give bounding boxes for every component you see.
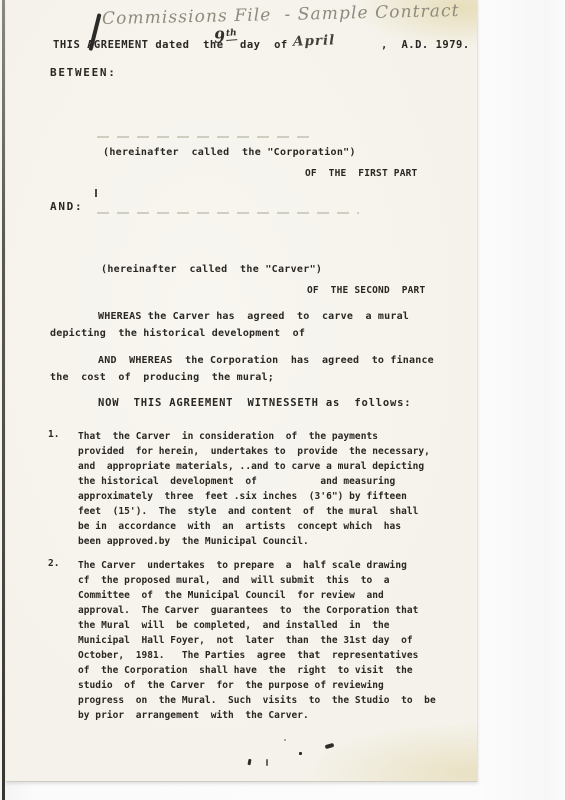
- clause-line: That the Carver in consideration of the …: [78, 429, 430, 444]
- recital-carver-line2: depicting the historical development of: [50, 328, 305, 339]
- agreement-date-suffix: , A.D. 1979.: [381, 39, 470, 51]
- clause-line: approval. The Carver guarantees to the C…: [78, 603, 436, 618]
- clause-1-number: 1.: [48, 429, 60, 440]
- clause-line: October, 1981. The Parties agree that re…: [78, 648, 436, 663]
- scan-edge-line: [2, 0, 5, 800]
- corporation-clause: (hereinafter called the "Corporation"): [103, 147, 356, 158]
- witnesseth-line: NOW THIS AGREEMENT WITNESSETH as follows…: [98, 397, 411, 409]
- clause-line: be in accordance with an artists concept…: [78, 519, 430, 534]
- carver-clause: (hereinafter called the "Carver"): [101, 264, 322, 275]
- clause-line: by prior arrangement with the Carver.: [78, 708, 436, 723]
- clause-2-number: 2.: [48, 558, 60, 569]
- between-label: BETWEEN:: [50, 66, 117, 79]
- clause-line: of the Corporation shall have the right …: [78, 663, 436, 678]
- ink-speck: [266, 759, 268, 766]
- ink-speck: [284, 739, 286, 741]
- handwritten-day-number: 9: [213, 27, 225, 47]
- clause-line: studio of the Carver for the purpose of …: [78, 678, 436, 693]
- clause-line: progress on the Mural. Such visits to th…: [78, 693, 436, 708]
- clause-2-text: The Carver undertakes to prepare a half …: [78, 558, 436, 723]
- recital-carver-line1: WHEREAS the Carver has agreed to carve a…: [98, 311, 409, 322]
- handwritten-day-suffix: th: [226, 28, 238, 41]
- clause-line: provided for herein, undertakes to provi…: [78, 444, 430, 459]
- clause-line: approximately three feet .six inches (3'…: [78, 489, 430, 504]
- clause-line: feet (15'). The style and content of the…: [78, 504, 430, 519]
- clause-1-text: That the Carver in consideration of the …: [78, 429, 430, 549]
- first-part-label: OF THE FIRST PART: [305, 168, 417, 179]
- second-part-label: OF THE SECOND PART: [307, 285, 425, 296]
- clause-line: cf the proposed mural, and will submit t…: [78, 573, 436, 588]
- agreement-date-prefix: THIS AGREEMENT dated the: [53, 39, 224, 51]
- clause-line: and appropriate materials, ..and to carv…: [78, 459, 430, 474]
- clause-line: Committee of the Municipal Council for r…: [78, 588, 436, 603]
- clause-line: been approved.by the Municipal Council.: [78, 534, 430, 549]
- clause-line: Municipal Hall Foyer, not later than the…: [78, 633, 436, 648]
- ink-speck: [299, 752, 302, 755]
- recital-corporation-line2: the cost of producing the mural;: [50, 372, 274, 383]
- handwritten-day: 9th: [213, 26, 237, 47]
- clause-line: The Carver undertakes to prepare a half …: [78, 558, 436, 573]
- clause-line: the Mural will be completed, and install…: [78, 618, 436, 633]
- and-label: AND:: [50, 200, 83, 213]
- recital-corporation-line1: AND WHEREAS the Corporation has agreed t…: [98, 355, 434, 366]
- handwritten-month: April: [293, 32, 336, 49]
- stray-tick-mark: [95, 189, 97, 197]
- scanned-contract-document: Commissions File - Sample Contract THIS …: [0, 0, 565, 800]
- erased-carver-name-line: [97, 212, 359, 214]
- agreement-date-middle: day of: [240, 39, 288, 51]
- clause-line: the historical development of and measur…: [78, 474, 430, 489]
- erased-corporation-name-line: [97, 136, 313, 138]
